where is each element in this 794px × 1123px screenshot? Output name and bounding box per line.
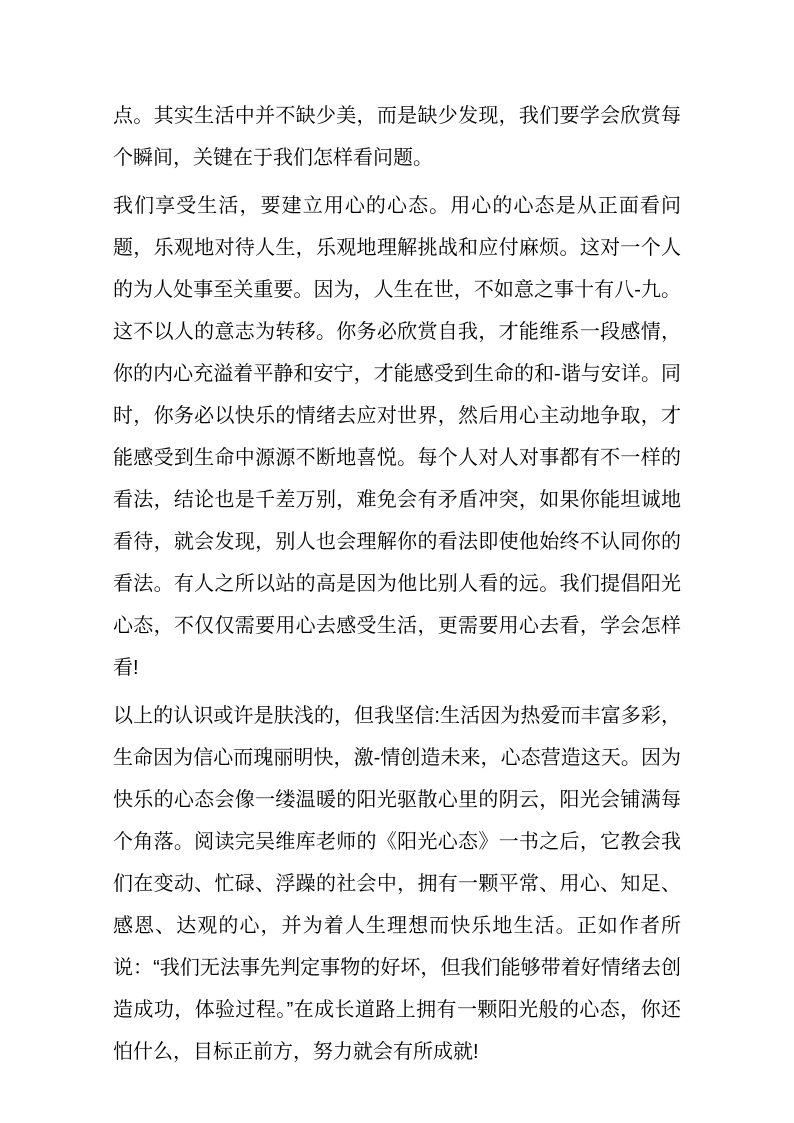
paragraph-body-1: 我们享受生活，要建立用心的心态。用心的心态是从正面看问题，乐观地对待人生，乐观地… (113, 185, 681, 689)
paragraph-body-2: 以上的认识或许是肤浅的，但我坚信:生活因为热爱而丰富多彩，生命因为信心而瑰丽明快… (113, 695, 681, 1073)
paragraph-continuation: 点。其实生活中并不缺少美，而是缺少发现，我们要学会欣赏每个瞬间，关键在于我们怎样… (113, 95, 681, 179)
document-page: 点。其实生活中并不缺少美，而是缺少发现，我们要学会欣赏每个瞬间，关键在于我们怎样… (0, 0, 794, 1123)
